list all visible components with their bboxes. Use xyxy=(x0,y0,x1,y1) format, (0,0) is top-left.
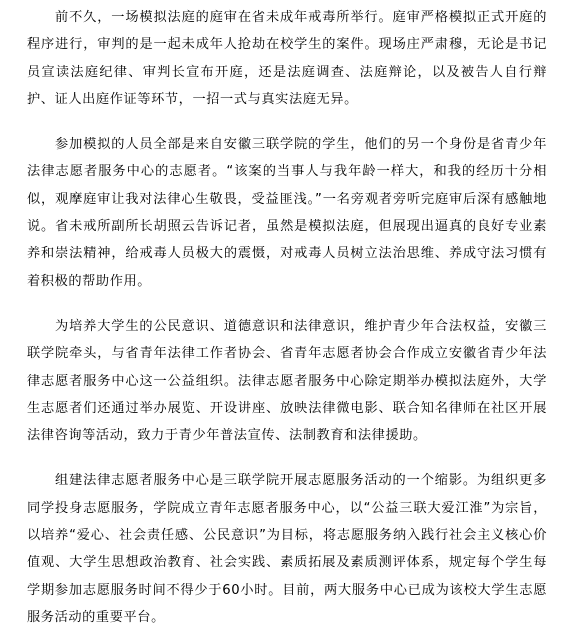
paragraph-participants: 参加模拟的人员全部是来自安徽三联学院的学生，他们的另一个身份是省青少年法律志愿者… xyxy=(27,131,547,295)
paragraph-volunteer-service: 组建法律志愿者服务中心是三联学院开展志愿服务活动的一个缩影。为组织更多同学投身志… xyxy=(27,467,547,631)
paragraph-mock-trial-intro: 前不久，一场模拟法庭的庭审在省未成年戒毒所举行。庭审严格模拟正式开庭的程序进行，… xyxy=(27,4,547,113)
paragraph-legal-volunteer-center: 为培养大学生的公民意识、道德意识和法律意识，维护青少年合法权益，安徽三联学院牵头… xyxy=(27,313,547,449)
news-article: 前不久，一场模拟法庭的庭审在省未成年戒毒所举行。庭审严格模拟正式开庭的程序进行，… xyxy=(27,4,547,643)
